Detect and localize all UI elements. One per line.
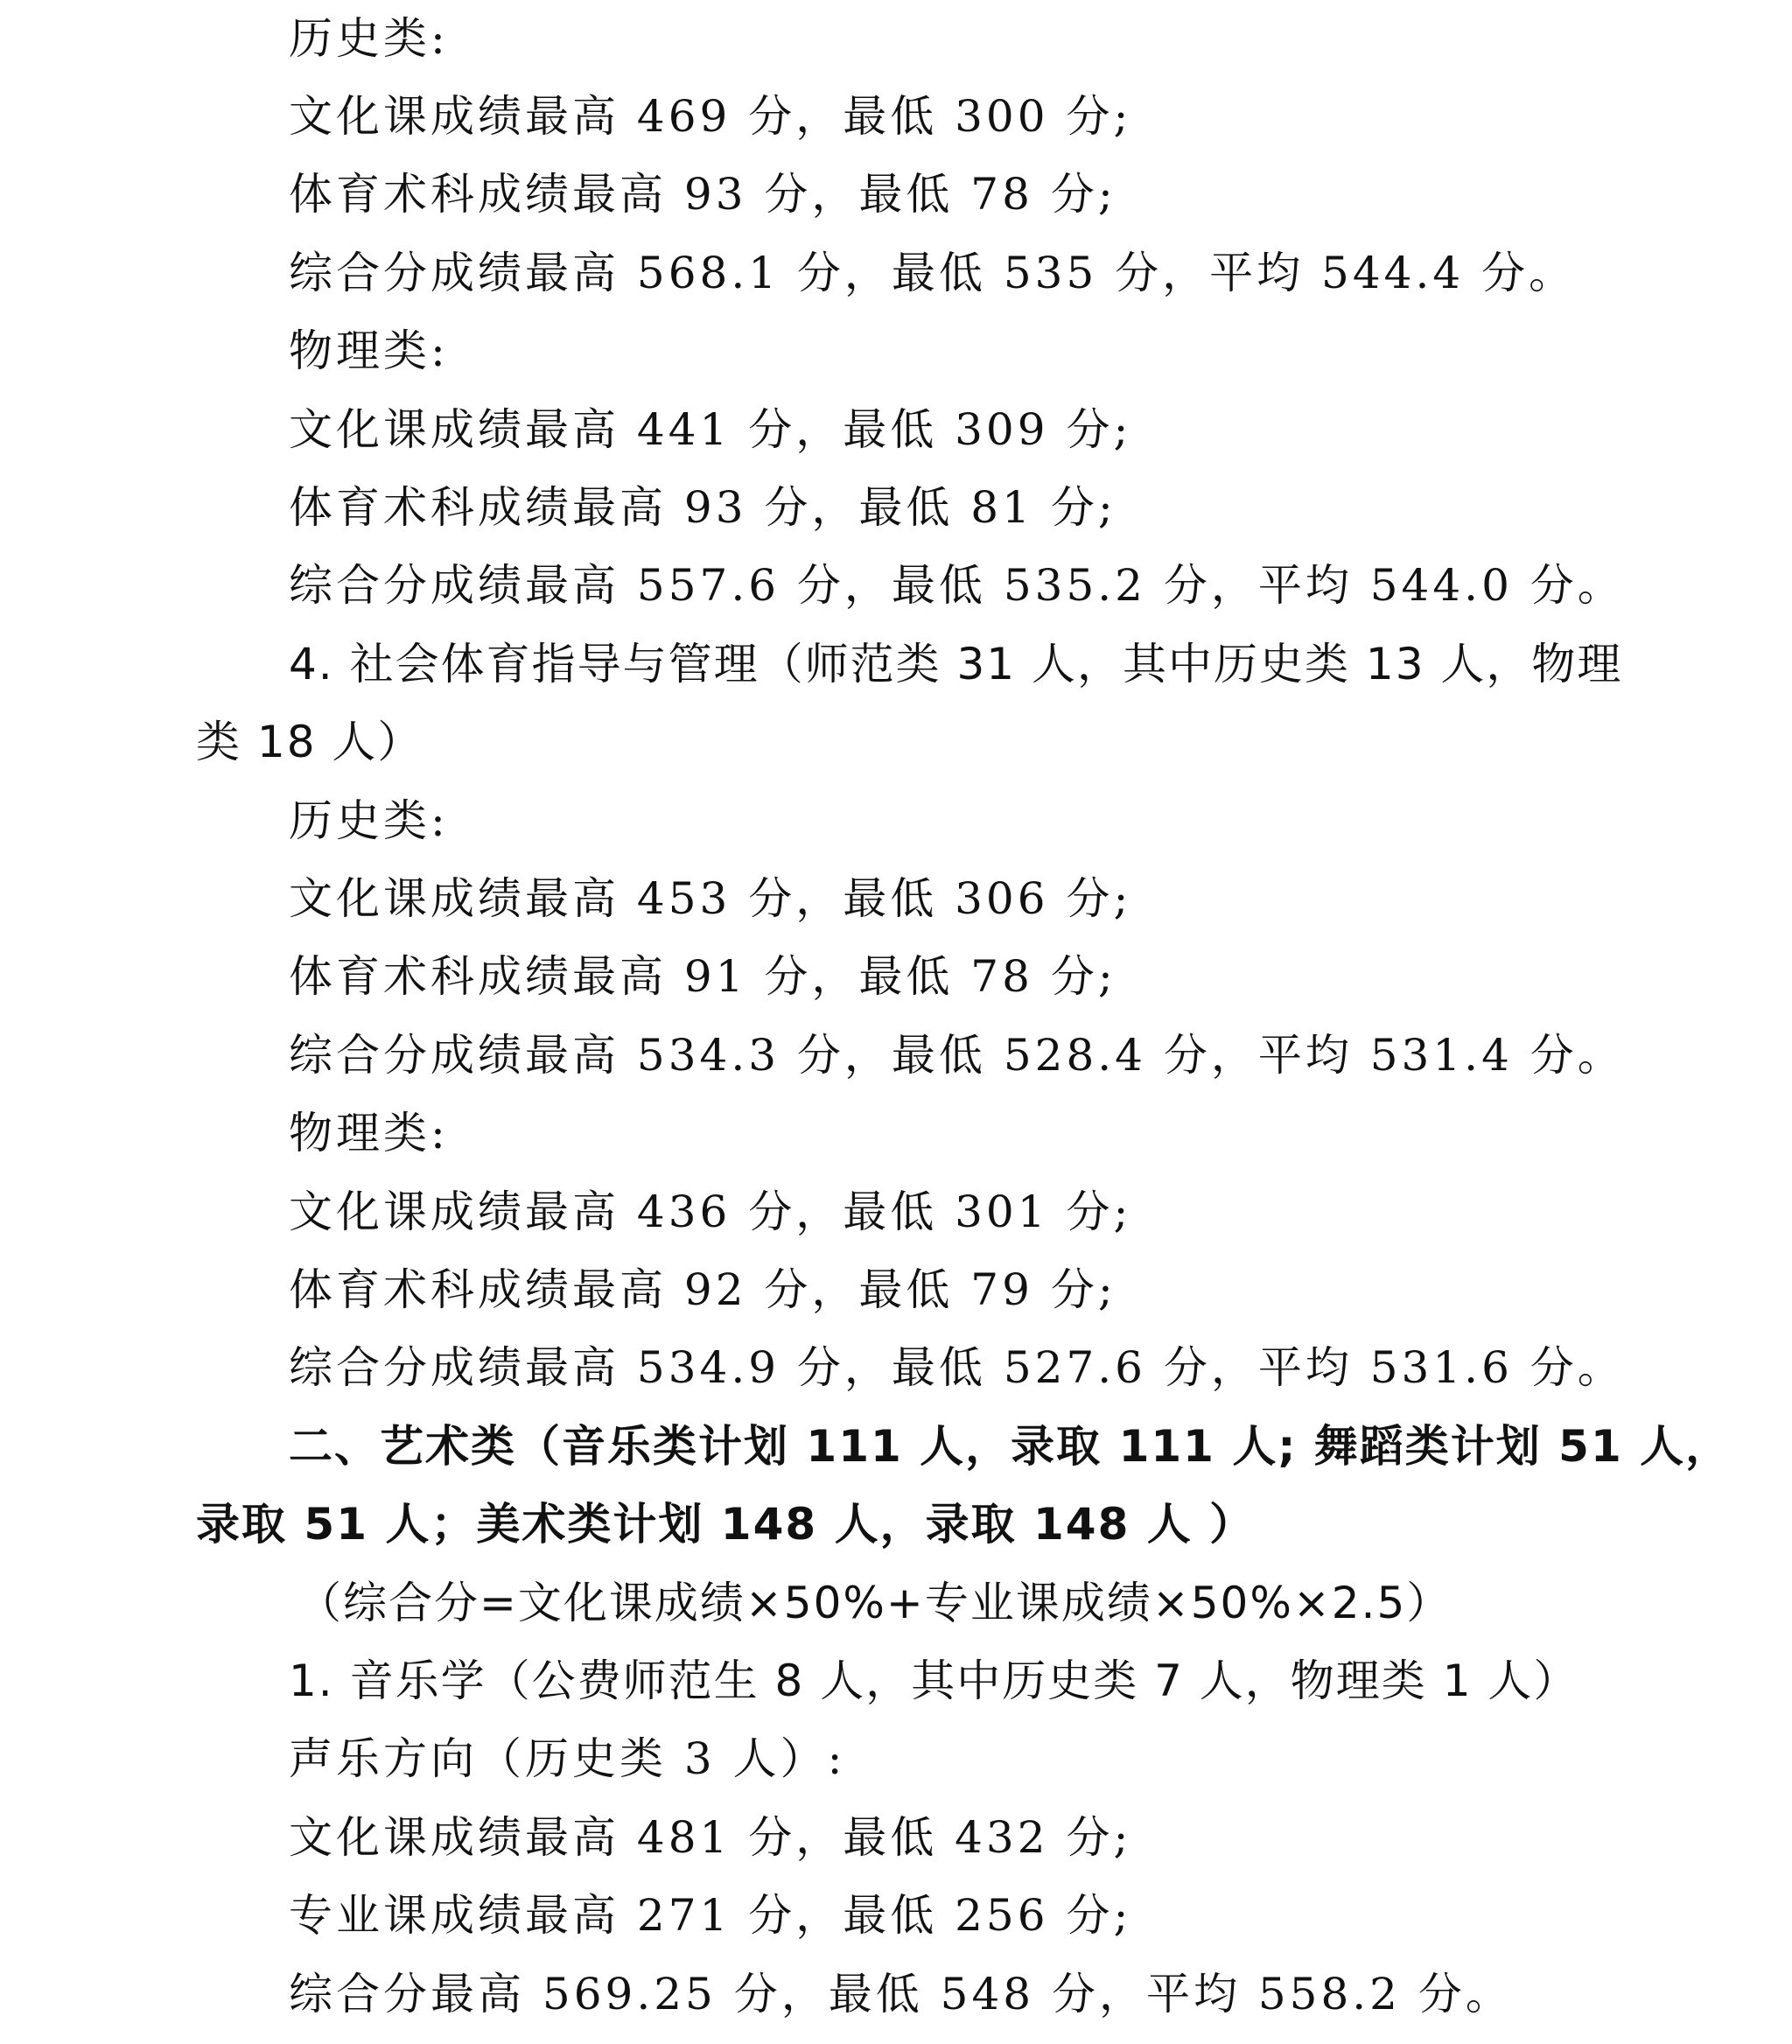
section-heading-history: 历史类: bbox=[289, 782, 449, 860]
composite-score-line: 综合分成绩最高 534.3 分，最低 528.4 分，平均 531.4 分。 bbox=[289, 1017, 1625, 1095]
composite-score-line: 综合分成绩最高 557.6 分，最低 535.2 分，平均 544.0 分。 bbox=[289, 547, 1625, 625]
chapter-heading-arts: 二、艺术类（音乐类计划 111 人，录取 111 人; 舞蹈类计划 51 人， bbox=[289, 1408, 1731, 1486]
major-heading-social-sports: 4. 社会体育指导与管理（师范类 31 人，其中历史类 13 人，物理 bbox=[289, 626, 1622, 703]
document-page: 历史类: 文化课成绩最高 469 分，最低 300 分; 体育术科成绩最高 93… bbox=[0, 0, 1792, 2044]
sports-score-line: 体育术科成绩最高 93 分，最低 81 分; bbox=[289, 469, 1116, 547]
composite-score-line: 综合分成绩最高 534.9 分，最低 527.6 分，平均 531.6 分。 bbox=[289, 1329, 1625, 1407]
major-heading-musicology: 1. 音乐学（公费师范生 8 人，其中历史类 7 人，物理类 1 人） bbox=[289, 1642, 1578, 1720]
culture-score-line: 文化课成绩最高 469 分，最低 300 分; bbox=[289, 78, 1131, 156]
professional-score-line: 专业课成绩最高 271 分，最低 256 分; bbox=[289, 1877, 1131, 1955]
culture-score-line: 文化课成绩最高 453 分，最低 306 分; bbox=[289, 860, 1131, 938]
section-heading-history: 历史类: bbox=[289, 0, 449, 78]
section-heading-physics: 物理类: bbox=[289, 1095, 449, 1172]
direction-heading-vocal: 声乐方向（历史类 3 人）: bbox=[289, 1720, 845, 1798]
sports-score-line: 体育术科成绩最高 91 分，最低 78 分; bbox=[289, 938, 1116, 1016]
major-heading-continuation: 类 18 人） bbox=[196, 703, 423, 781]
chapter-heading-continuation: 录取 51 人；美术类计划 148 人，录取 148 人 ） bbox=[196, 1486, 1255, 1564]
sports-score-line: 体育术科成绩最高 93 分，最低 78 分; bbox=[289, 156, 1116, 234]
composite-score-line: 综合分最高 569.25 分，最低 548 分，平均 558.2 分。 bbox=[289, 1956, 1513, 2033]
composite-formula: （综合分=文化课成绩×50%+专业课成绩×50%×2.5） bbox=[297, 1564, 1452, 1642]
composite-score-line: 综合分成绩最高 568.1 分，最低 535 分，平均 544.4 分。 bbox=[289, 234, 1576, 312]
culture-score-line: 文化课成绩最高 441 分，最低 309 分; bbox=[289, 391, 1131, 469]
sports-score-line: 体育术科成绩最高 92 分，最低 79 分; bbox=[289, 1251, 1116, 1329]
culture-score-line: 文化课成绩最高 481 分，最低 432 分; bbox=[289, 1799, 1131, 1877]
culture-score-line: 文化课成绩最高 436 分，最低 301 分; bbox=[289, 1173, 1131, 1251]
section-heading-physics: 物理类: bbox=[289, 312, 449, 390]
